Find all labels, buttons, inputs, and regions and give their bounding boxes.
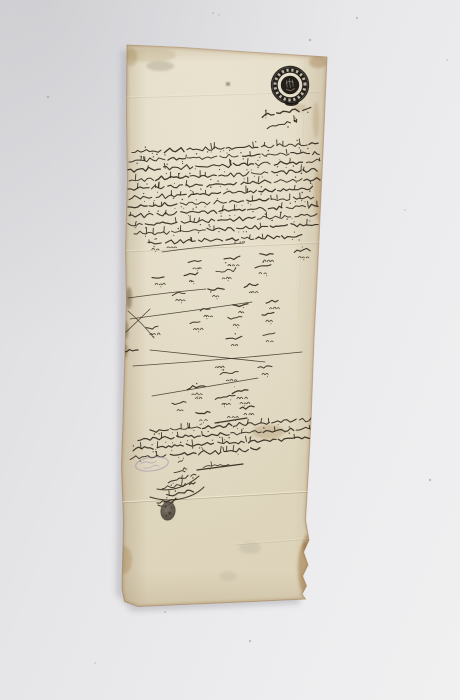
paper-texture xyxy=(115,40,340,615)
document-photo xyxy=(0,0,460,700)
paper xyxy=(115,40,340,615)
photo-scene xyxy=(0,0,460,700)
